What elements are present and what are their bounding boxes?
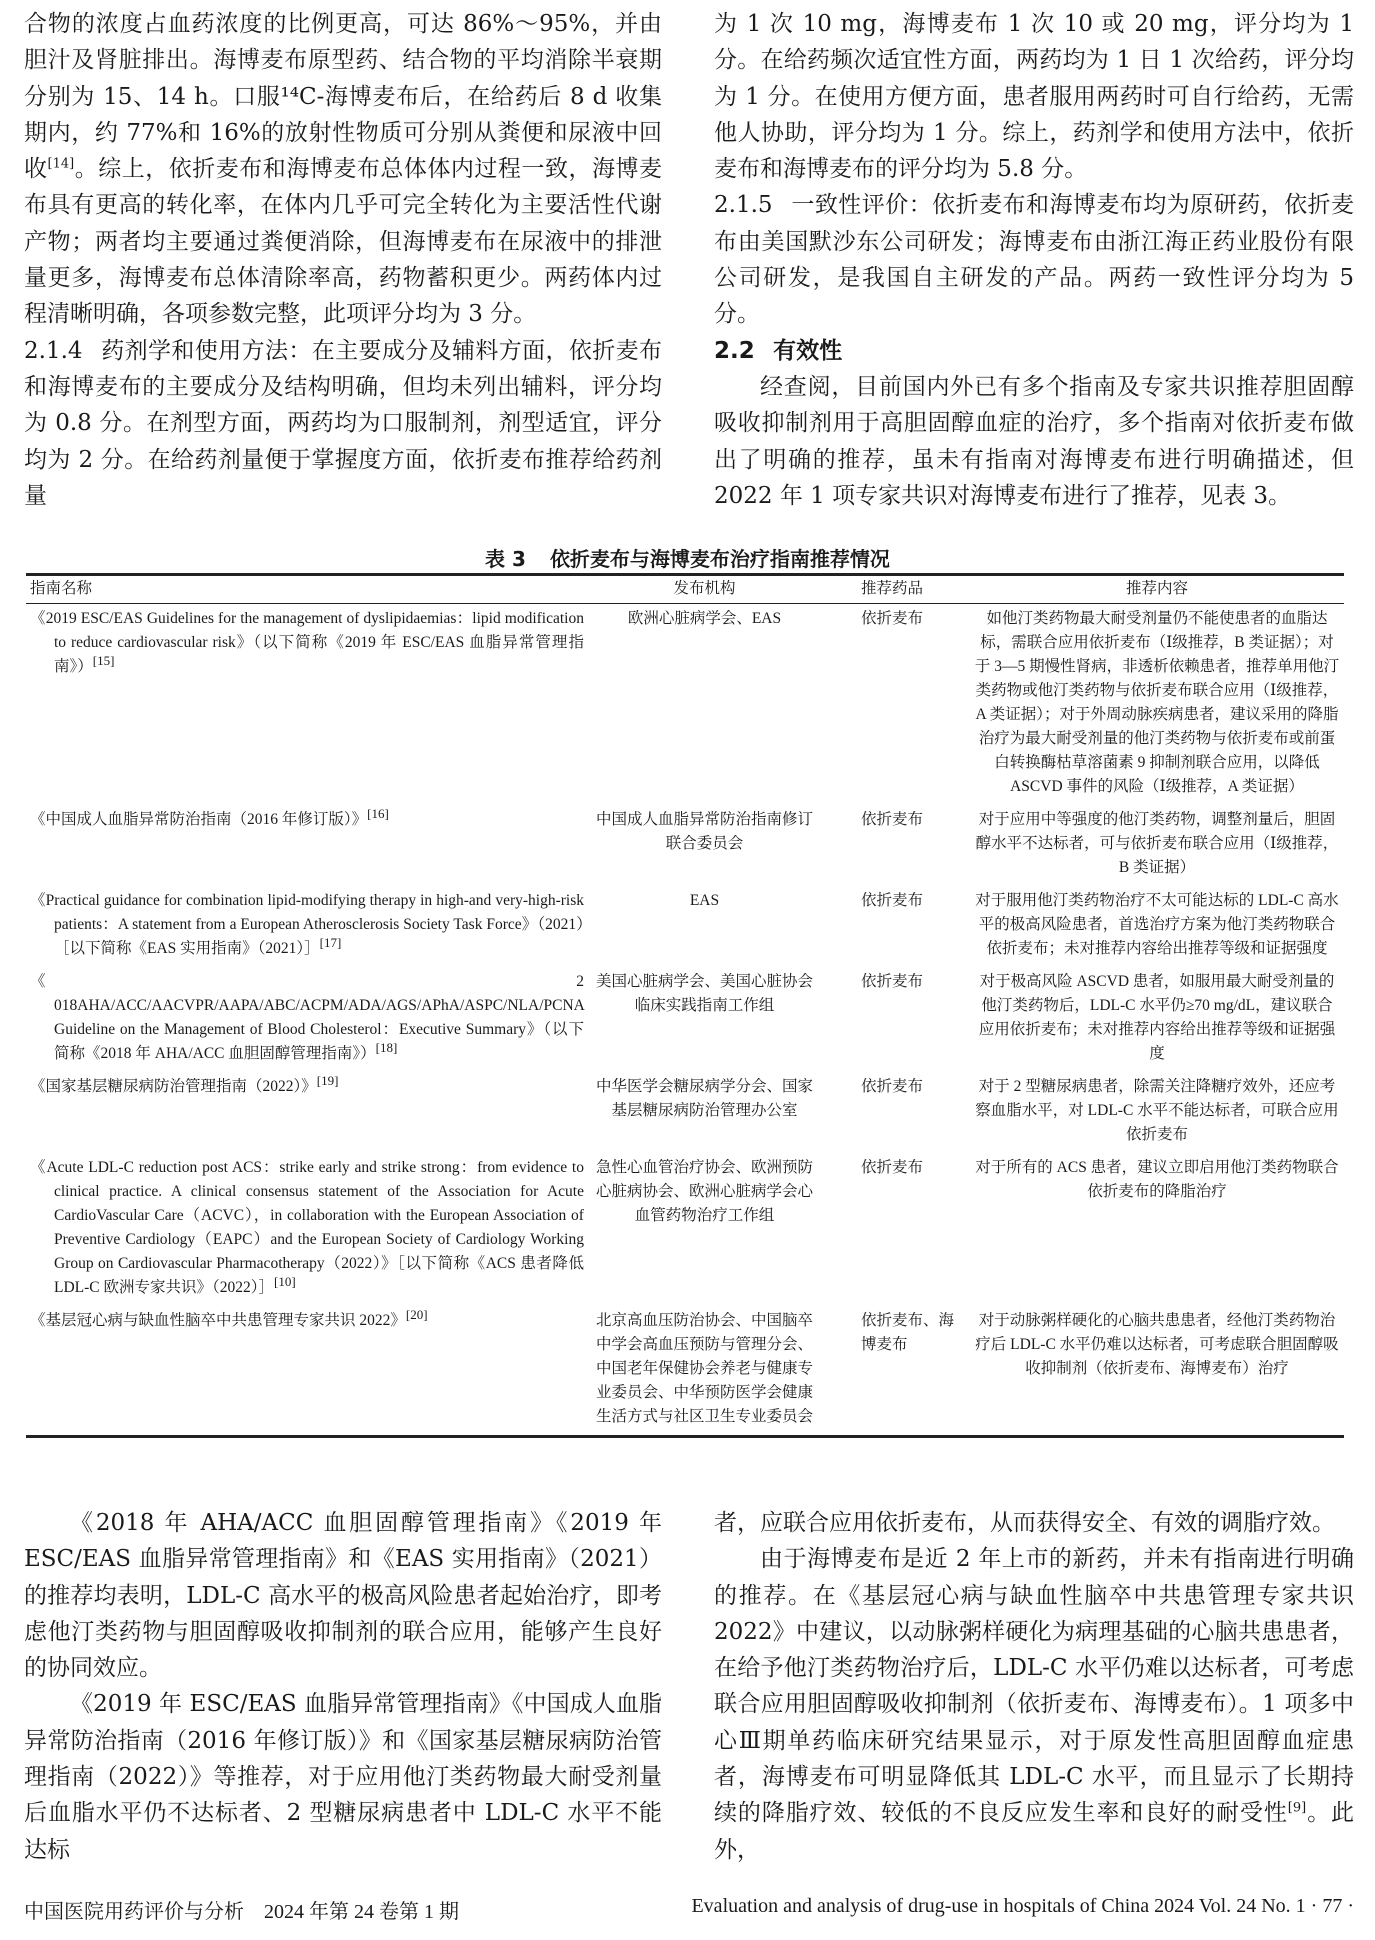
guideline-title: 《中国成人血脂异常防治指南（2016 年修订版）》 xyxy=(30,811,367,828)
cell-content: 对于动脉粥样硬化的心脑共患患者，经他汀类药物治疗后 LDL-C 水平仍难以达标者… xyxy=(970,1306,1344,1437)
journal-name-cn: 中国医院用药评价与分析 2024 年第 24 卷第 1 期 xyxy=(24,1895,459,1924)
cell-guideline: 《2019 ESC/EAS Guidelines for the managem… xyxy=(26,604,588,806)
cell-guideline: 《Acute LDL-C reduction post ACS：strike e… xyxy=(26,1153,588,1306)
table-title: 依折麦布与海博麦布治疗指南推荐情况 xyxy=(550,547,890,571)
cell-content: 对于应用中等强度的他汀类药物，调整剂量后，胆固醇水平不达标者，可与依折麦布联合应… xyxy=(970,805,1344,886)
cell-publisher: EAS xyxy=(588,886,821,967)
cell-guideline: 《基层冠心病与缺血性脑卒中共患管理专家共识 2022》[20] xyxy=(26,1306,588,1437)
cell-guideline: 《中国成人血脂异常防治指南（2016 年修订版）》[16] xyxy=(26,805,588,886)
journal-name-en: Evaluation and analysis of drug-use in h… xyxy=(691,1895,1354,1918)
top-right-column: 为 1 次 10 mg，海博麦布 1 次 10 或 20 mg，评分均为 1 分… xyxy=(714,6,1354,514)
paragraph-combination-recommendation: 《2019 年 ESC/EAS 血脂异常管理指南》《中国成人血脂异常防治指南（2… xyxy=(24,1686,662,1867)
citation[interactable]: [19] xyxy=(317,1073,339,1088)
table-row: 《2019 ESC/EAS Guidelines for the managem… xyxy=(26,604,1344,806)
cell-content: 对于所有的 ACS 患者，建议立即启用他汀类药物联合依折麦布的降脂治疗 xyxy=(970,1153,1344,1306)
bottom-left-column: 《2018 年 AHA/ACC 血胆固醇管理指南》《2019 年 ESC/EAS… xyxy=(24,1505,662,1868)
cell-guideline: 《国家基层糖尿病防治管理指南（2022）》[19] xyxy=(26,1072,588,1153)
paragraph-efficacy: 经查阅，目前国内外已有多个指南及专家共识推荐胆固醇吸收抑制剂用于高胆固醇血症的治… xyxy=(714,369,1354,514)
table-caption: 表 3依折麦布与海博麦布治疗指南推荐情况 xyxy=(0,543,1375,572)
section-text: 一致性评价：依折麦布和海博麦布均为原研药，依折麦布由美国默沙东公司研发；海博麦布… xyxy=(714,192,1354,327)
section-heading-2-2: 2.2有效性 xyxy=(714,333,1354,369)
citation[interactable]: [10] xyxy=(274,1274,296,1289)
citation[interactable]: [17] xyxy=(320,935,342,950)
cell-drug: 依折麦布 xyxy=(821,1153,970,1306)
table-header-row: 指南名称 发布机构 推荐药品 推荐内容 xyxy=(26,575,1344,604)
cell-publisher: 中华医学会糖尿病学分会、国家基层糖尿病防治管理办公室 xyxy=(588,1072,821,1153)
citation[interactable]: [18] xyxy=(376,1040,398,1055)
cell-drug: 依折麦布 xyxy=(821,967,970,1072)
cell-publisher: 急性心血管治疗协会、欧洲预防心脏病协会、欧洲心脏病学会心血管药物治疗工作组 xyxy=(588,1153,821,1306)
cell-content: 如他汀类药物最大耐受剂量仍不能使患者的血脂达标，需联合应用依折麦布（Ⅰ级推荐，B… xyxy=(970,604,1344,806)
guideline-title: 《Practical guidance for combination lipi… xyxy=(30,892,584,957)
citation[interactable]: [20] xyxy=(406,1307,428,1322)
cell-publisher: 美国心脏病学会、美国心脏协会临床实践指南工作组 xyxy=(588,967,821,1072)
guideline-title: 《国家基层糖尿病防治管理指南（2022）》 xyxy=(30,1078,317,1095)
paragraph-pharmacokinetics: 合物的浓度占血药浓度的比例更高，可达 86%～95%，并由胆汁及肾脏排出。海博麦… xyxy=(24,6,662,333)
paragraph-guideline-summary: 《2018 年 AHA/ACC 血胆固醇管理指南》《2019 年 ESC/EAS… xyxy=(24,1505,662,1686)
cell-publisher: 中国成人血脂异常防治指南修订联合委员会 xyxy=(588,805,821,886)
table-row: 《Acute LDL-C reduction post ACS：strike e… xyxy=(26,1153,1344,1306)
bottom-right-column: 者，应联合应用依折麦布，从而获得安全、有效的调脂疗效。 由于海博麦布是近 2 年… xyxy=(714,1505,1354,1868)
citation[interactable]: [15] xyxy=(93,653,115,668)
guideline-table: 指南名称 发布机构 推荐药品 推荐内容 《2019 ESC/EAS Guidel… xyxy=(26,573,1344,1438)
section-number: 2.1.5 xyxy=(714,192,773,218)
citation-9[interactable]: [9] xyxy=(1288,1801,1306,1816)
table-row: 《基层冠心病与缺血性脑卒中共患管理专家共识 2022》[20] 北京高血压防治协… xyxy=(26,1306,1344,1437)
section-number: 2.1.4 xyxy=(24,338,83,364)
cell-content: 对于服用他汀类药物治疗不太可能达标的 LDL-C 高水平的极高风险患者，首选治疗… xyxy=(970,886,1344,967)
header-recommended-drug: 推荐药品 xyxy=(821,575,970,604)
table-row: 《2 018AHA/ACC/AACVPR/AAPA/ABC/ACPM/ADA/A… xyxy=(26,967,1344,1072)
guideline-title: 《2 018AHA/ACC/AACVPR/AAPA/ABC/ACPM/ADA/A… xyxy=(30,973,585,1062)
cell-drug: 依折麦布 xyxy=(821,886,970,967)
header-guideline-name: 指南名称 xyxy=(26,575,588,604)
cell-drug: 依折麦布 xyxy=(821,805,970,886)
table-row: 《中国成人血脂异常防治指南（2016 年修订版）》[16] 中国成人血脂异常防治… xyxy=(26,805,1344,886)
cell-drug: 依折麦布 xyxy=(821,1072,970,1153)
cell-publisher: 欧洲心脏病学会、EAS xyxy=(588,604,821,806)
guideline-title: 《Acute LDL-C reduction post ACS：strike e… xyxy=(30,1159,584,1296)
section-text: 药剂学和使用方法：在主要成分及辅料方面，依折麦布和海博麦布的主要成分及结构明确，… xyxy=(24,338,662,509)
paragraph-continuation: 者，应联合应用依折麦布，从而获得安全、有效的调脂疗效。 xyxy=(714,1505,1354,1541)
guideline-title: 《基层冠心病与缺血性脑卒中共患管理专家共识 2022》 xyxy=(30,1312,406,1329)
table-row: 《Practical guidance for combination lipi… xyxy=(26,886,1344,967)
cell-publisher: 北京高血压防治协会、中国脑卒中学会高血压预防与管理分会、中国老年保健协会养老与健… xyxy=(588,1306,821,1437)
table-row: 《国家基层糖尿病防治管理指南（2022）》[19] 中华医学会糖尿病学分会、国家… xyxy=(26,1072,1344,1153)
paragraph-hybutimibe: 由于海博麦布是近 2 年上市的新药，并未有指南进行明确的推荐。在《基层冠心病与缺… xyxy=(714,1541,1354,1868)
cell-guideline: 《2 018AHA/ACC/AACVPR/AAPA/ABC/ACPM/ADA/A… xyxy=(26,967,588,1072)
citation[interactable]: [16] xyxy=(367,806,389,821)
section-2-1-4: 2.1.4药剂学和使用方法：在主要成分及辅料方面，依折麦布和海博麦布的主要成分及… xyxy=(24,333,662,514)
table-number: 表 3 xyxy=(485,547,526,571)
text-span: 由于海博麦布是近 2 年上市的新药，并未有指南进行明确的推荐。在《基层冠心病与缺… xyxy=(714,1546,1354,1826)
citation-14[interactable]: [14] xyxy=(48,157,75,172)
section-title: 有效性 xyxy=(773,338,842,364)
cell-guideline: 《Practical guidance for combination lipi… xyxy=(26,886,588,967)
top-left-column: 合物的浓度占血药浓度的比例更高，可达 86%～95%，并由胆汁及肾脏排出。海博麦… xyxy=(24,6,662,514)
cell-drug: 依折麦布 xyxy=(821,604,970,806)
section-number: 2.2 xyxy=(714,338,755,364)
cell-content: 对于 2 型糖尿病患者，除需关注降糖疗效外，还应考察血脂水平，对 LDL-C 水… xyxy=(970,1072,1344,1153)
cell-content: 对于极高风险 ASCVD 患者，如服用最大耐受剂量的他汀类药物后，LDL-C 水… xyxy=(970,967,1344,1072)
header-recommendation: 推荐内容 xyxy=(970,575,1344,604)
header-publisher: 发布机构 xyxy=(588,575,821,604)
paragraph-dosage: 为 1 次 10 mg，海博麦布 1 次 10 或 20 mg，评分均为 1 分… xyxy=(714,6,1354,187)
cell-drug: 依折麦布、海博麦布 xyxy=(821,1306,970,1437)
text-span: 。综上，依折麦布和海博麦布总体体内过程一致，海博麦布具有更高的转化率，在体内几乎… xyxy=(24,156,662,327)
section-2-1-5: 2.1.5一致性评价：依折麦布和海博麦布均为原研药，依折麦布由美国默沙东公司研发… xyxy=(714,187,1354,332)
